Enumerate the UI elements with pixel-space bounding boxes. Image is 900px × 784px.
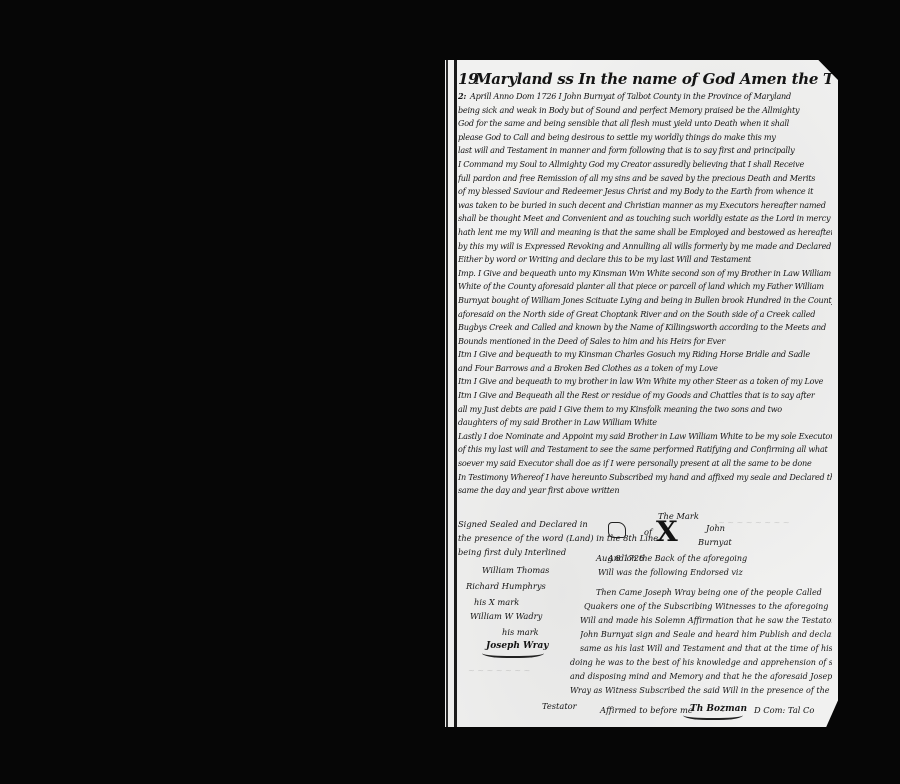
body-line: of my blessed Saviour and Redeemer Jesus… xyxy=(458,185,832,199)
body-line: was taken to be buried in such decent an… xyxy=(458,199,832,213)
body-line: soever my said Executor shall doe as if … xyxy=(458,457,832,471)
body-line: shall be thought Meet and Convenient and… xyxy=(458,212,832,226)
body-line: Itm I Give and bequeath to my Kinsman Ch… xyxy=(458,348,832,362)
affirmation-text: Affirmed to before me xyxy=(600,704,693,716)
body-line: Itm I Give and bequeath to my brother in… xyxy=(458,375,832,389)
body-line: Lastly I doe Nominate and Appoint my sai… xyxy=(458,430,832,444)
endorsement-line: Then Came Joseph Wray being one of the p… xyxy=(596,586,832,600)
witness-mark: his mark xyxy=(502,626,539,638)
endorsement-line: Quakers one of the Subscribing Witnesses… xyxy=(584,600,832,614)
will-text: 19 Maryland ss In the name of God Amen t… xyxy=(458,68,832,727)
body-line: White of the County aforesaid planter al… xyxy=(458,280,832,294)
endorsement-line: Will and made his Solemn Affirmation tha… xyxy=(580,614,832,628)
body-line: hath lent me my Will and meaning is that… xyxy=(458,226,832,240)
witness-intro-line: being first duly Interlined xyxy=(458,546,566,558)
body-line: Bugbys Creek and Called and known by the… xyxy=(458,321,832,335)
testator-last-name: Burnyat xyxy=(698,536,732,548)
body-line: last will and Testament in manner and fo… xyxy=(458,144,832,158)
bleed-through-text: ~ ~ ~ ~ ~ ~ ~ xyxy=(468,666,530,675)
body-line: Bounds mentioned in the Deed of Sales to… xyxy=(458,335,832,349)
body-line: God for the same and being sensible that… xyxy=(458,117,832,131)
will-heading: 19 Maryland ss In the name of God Amen t… xyxy=(458,68,832,90)
document-page: 19 Maryland ss In the name of God Amen t… xyxy=(445,60,838,727)
endorsement-line: Will was the following Endorsed viz xyxy=(598,566,832,580)
body-line: Burnyat bought of William Jones Scituate… xyxy=(458,294,832,308)
body-line: please God to Call and being desirous to… xyxy=(458,131,832,145)
body-line-text: Aprill Anno Dom 1726 I John Burnyat of T… xyxy=(470,91,791,101)
body-line: Either by word or Writing and declare th… xyxy=(458,253,832,267)
witness-name: William Thomas xyxy=(482,564,549,576)
body-line: 2:Aprill Anno Dom 1726 I John Burnyat of… xyxy=(458,90,832,104)
endorsement-line: John Burnyat sign and Seale and heard hi… xyxy=(580,628,832,642)
body-line: I Command my Soul to Allmighty God my Cr… xyxy=(458,158,832,172)
body-line: In Testimony Whereof I have hereunto Sub… xyxy=(458,471,832,485)
body-line: daughters of my said Brother in Law Will… xyxy=(458,416,832,430)
margin-rule xyxy=(454,60,457,727)
body-line: Itm I Give and Bequeath all the Rest or … xyxy=(458,389,832,403)
endorsement-line: Testator xyxy=(542,700,577,712)
body-line: and Four Barrows and a Broken Bed Clothe… xyxy=(458,362,832,376)
margin-note-number: 2: xyxy=(458,90,470,104)
body-line: by this my will is Expressed Revoking an… xyxy=(458,240,832,254)
body-line: same the day and year first above writte… xyxy=(458,484,832,498)
witness-intro-line: Signed Sealed and Declared in xyxy=(458,518,588,530)
body-line: being sick and weak in Body but of Sound… xyxy=(458,104,832,118)
body-line: full pardon and free Remission of all my… xyxy=(458,172,832,186)
seal-icon xyxy=(608,522,626,538)
signature-flourish xyxy=(683,708,743,720)
page-edge-line xyxy=(446,60,448,727)
endorsement-line: Wray as Witness Subscribed the said Will… xyxy=(570,684,832,698)
margin-note-folio: 19 xyxy=(458,68,470,90)
signature-flourish xyxy=(482,646,544,658)
body-line: Imp. I Give and bequeath unto my Kinsman… xyxy=(458,267,832,281)
heading-text: Maryland ss In the name of God Amen the … xyxy=(475,70,832,88)
endorsement-line: doing he was to the best of his knowledg… xyxy=(570,656,832,670)
endorsement-line: And on the Back of the aforegoing xyxy=(608,552,832,566)
body-line: aforesaid on the North side of Great Cho… xyxy=(458,308,832,322)
witness-mark: his X mark xyxy=(474,596,519,608)
witness-intro-line: the presence of the word (Land) in the 8… xyxy=(458,532,658,544)
body-line: of this my last will and Testament to se… xyxy=(458,443,832,457)
bleed-through-text: ~ ~ ~ ~ ~ ~ ~ ~ xyxy=(718,518,789,527)
body-line: all my Just debts are paid I Give them t… xyxy=(458,403,832,417)
testator-mark-x: X xyxy=(656,518,678,546)
affirmation-title: D Com: Tal Co xyxy=(754,704,814,716)
witness-name: Richard Humphrys xyxy=(466,580,546,592)
endorsement-line: same as his last Will and Testament and … xyxy=(580,642,832,656)
document-viewer: 19 Maryland ss In the name of God Amen t… xyxy=(0,0,900,784)
witness-name: William W Wadry xyxy=(470,610,542,622)
endorsement-line: and disposing mind and Memory and that h… xyxy=(570,670,832,684)
signature-region: The Mark of X John Burnyat Signed Sealed… xyxy=(458,508,832,727)
